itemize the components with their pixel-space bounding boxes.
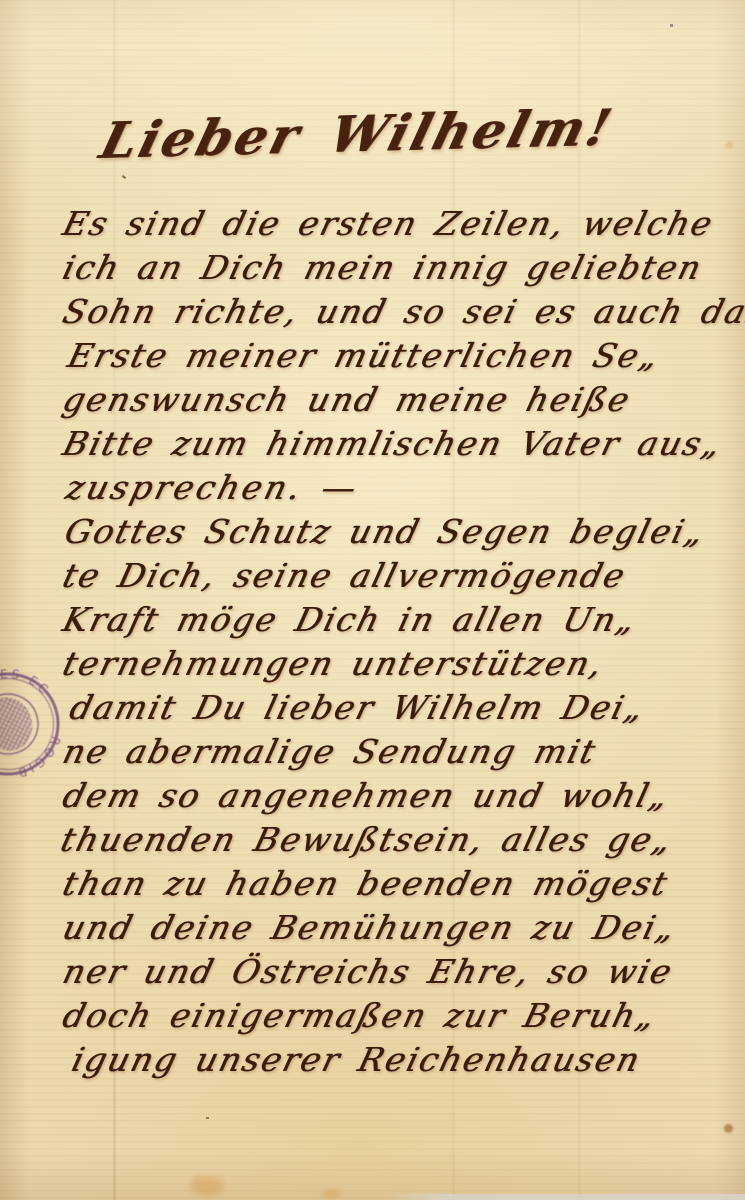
letter-line: dem so angenehmen und wohl„ — [58, 774, 739, 818]
letter-body: Es sind die ersten Zeilen, welche ich an… — [58, 202, 728, 1082]
letter-line: Es sind die ersten Zeilen, welche — [58, 202, 739, 246]
letter-line: Sohn richte, und so sei es auch das — [58, 290, 739, 334]
letter-line: Gottes Schutz und Segen beglei„ — [60, 510, 739, 554]
letter-line: Kraft möge Dich in allen Un„ — [58, 598, 739, 642]
paper-stain — [724, 1124, 733, 1133]
letter-line: zusprechen. — — [61, 466, 739, 510]
paper-stain — [726, 142, 733, 148]
letter-line: damit Du lieber Wilhelm Dei„ — [65, 686, 739, 730]
letter-line: Bitte zum himmlischen Vater aus„ — [58, 422, 739, 466]
scan-edge-strip — [0, 1194, 745, 1200]
paper-speck — [206, 1117, 209, 1119]
letter-line: doch einigermaßen zur Beruh„ — [58, 994, 739, 1038]
letter-line: genswunsch und meine heiße — [58, 378, 739, 422]
letter-line: thuenden Bewußtsein, alles ge„ — [56, 818, 739, 862]
letter-line: und deine Bemühungen zu Dei„ — [58, 906, 739, 950]
letter-line: Erste meiner mütterlichen Se„ — [63, 334, 739, 378]
circular-ink-stamp-icon: M LES EC ROGIB — [0, 661, 71, 787]
letter-line: te Dich, seine allvermögende — [58, 554, 739, 598]
letter-salutation: Lieber Wilhelm! — [90, 83, 624, 186]
letter-page: Lieber Wilhelm! Es sind die ersten Zeile… — [0, 0, 745, 1200]
paper-stain — [190, 1176, 224, 1196]
letter-line: than zu haben beenden mögest — [58, 862, 739, 906]
letter-line: ne abermalige Sendung mit — [58, 730, 739, 774]
letter-line: ternehmungen unterstützen, — [58, 642, 739, 686]
letter-line: igung unserer Reichenhausen — [67, 1038, 739, 1082]
letter-line: ner und Östreichs Ehre, so wie — [58, 950, 739, 994]
paper-speck — [670, 24, 673, 27]
letter-line: ich an Dich mein innig geliebten — [58, 246, 739, 290]
stamp-center-emblem — [0, 691, 39, 757]
